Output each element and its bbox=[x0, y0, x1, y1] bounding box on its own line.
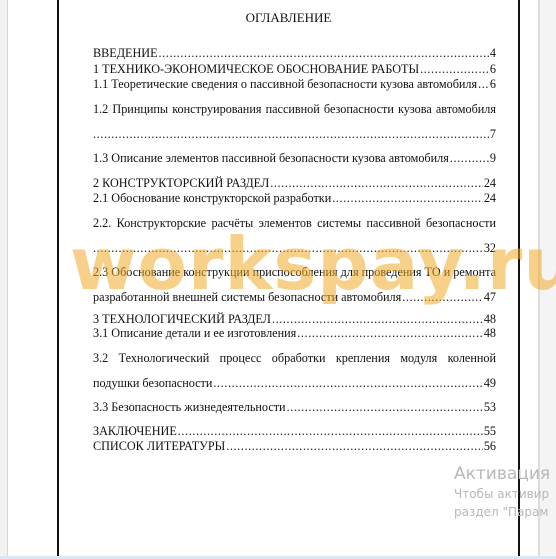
toc-entry[interactable]: 2.2. Конструкторские расчёты элементов с… bbox=[93, 216, 496, 256]
activation-line-1: Чтобы активир bbox=[454, 485, 556, 503]
activation-line-2: раздел "Парам bbox=[454, 503, 556, 521]
document-page: ОГЛАВЛЕНИЕ ВВЕДЕНИЕ4 1 ТЕХНИКО-ЭКОНОМИЧЕ… bbox=[59, 0, 518, 556]
leader-dots bbox=[93, 127, 489, 142]
leader-dots bbox=[478, 77, 489, 92]
leader-dots bbox=[226, 439, 483, 454]
windows-activation-notice: Активация Чтобы активир раздел "Парам bbox=[454, 463, 556, 521]
leader-dots bbox=[270, 176, 483, 191]
toc-entry[interactable]: 3.3 Безопасность жизнедеятельности53 bbox=[93, 400, 496, 415]
leader-dots bbox=[159, 46, 489, 61]
toc-entry[interactable]: ЗАКЛЮЧЕНИЕ55 bbox=[93, 424, 496, 439]
leader-dots bbox=[93, 241, 483, 256]
toc-entry[interactable]: СПИСОК ЛИТЕРАТУРЫ56 bbox=[93, 439, 496, 454]
toc-entry[interactable]: 3.1 Описание детали и ее изготовления48 bbox=[93, 326, 496, 341]
left-scroll-gutter bbox=[0, 0, 8, 557]
leader-dots bbox=[178, 424, 483, 439]
toc-entry[interactable]: 1 ТЕХНИКО-ЭКОНОМИЧЕСКОЕ ОБОСНОВАНИЕ РАБО… bbox=[93, 62, 496, 77]
toc-entry[interactable]: 2.3 Обоснование конструкции приспособлен… bbox=[93, 265, 496, 305]
toc-entry[interactable]: 2.1 Обоснование конструкторской разработ… bbox=[93, 191, 496, 206]
leader-dots bbox=[450, 151, 489, 166]
leader-dots bbox=[402, 290, 483, 305]
leader-dots bbox=[420, 62, 489, 77]
leader-dots bbox=[287, 400, 483, 415]
toc-entry[interactable]: 3.2 Технологический процесс обработки кр… bbox=[93, 351, 496, 391]
toc-title: ОГЛАВЛЕНИЕ bbox=[59, 10, 518, 26]
toc-entry[interactable]: 1.3 Описание элементов пассивной безопас… bbox=[93, 151, 496, 166]
leader-dots bbox=[297, 326, 483, 341]
toc-entry[interactable]: 2 КОНСТРУКТОРСКИЙ РАЗДЕЛ24 bbox=[93, 176, 496, 191]
toc-entry[interactable]: 1.1 Теоретические сведения о пассивной б… bbox=[93, 77, 496, 92]
leader-dots bbox=[272, 312, 483, 327]
activation-title: Активация bbox=[454, 463, 556, 485]
toc-entry[interactable]: ВВЕДЕНИЕ4 bbox=[93, 46, 496, 61]
leader-dots bbox=[332, 191, 483, 206]
leader-dots bbox=[213, 376, 482, 391]
toc-entry[interactable]: 3 ТЕХНОЛОГИЧЕСКИЙ РАЗДЕЛ48 bbox=[93, 312, 496, 327]
toc-entry[interactable]: 1.2 Принципы конструирования пассивной б… bbox=[93, 102, 496, 142]
